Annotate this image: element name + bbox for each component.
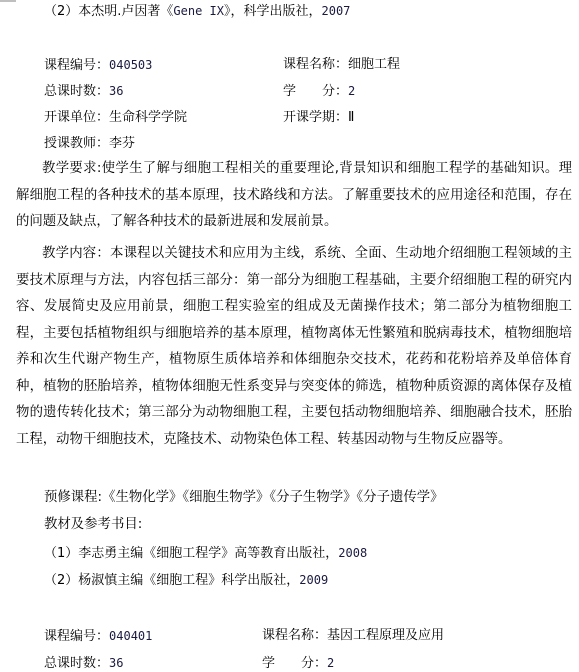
total-hours-value: 36 [109,656,123,670]
course-code-label: 课程编号： [44,629,109,644]
reference-item: （2）本杰明.卢因著《Gene IX》，科学出版社，2007 [44,3,350,20]
course-code-value: 040503 [109,58,152,72]
total-hours-field: 总课时数：36 [44,655,123,672]
course-code-label: 课程编号： [44,58,109,73]
reference-year: 2007 [322,4,351,18]
reference-year: 2008 [338,546,367,560]
reference-year: 2009 [299,573,328,587]
department-field: 开课单位：生命科学学院 [44,110,187,126]
credit-value: 2 [348,84,355,98]
credit-value: 2 [327,656,334,670]
teacher-field: 授课教师：李芬 [44,136,135,152]
course-name-label: 课程名称： [283,57,348,72]
teacher-value: 李芬 [109,136,135,151]
credit-label: 学 分： [283,84,348,99]
teacher-label: 授课教师： [44,136,109,151]
page-divider [0,0,16,2]
total-hours-value: 36 [109,84,123,98]
reference-text: （2）杨淑慎主编《细胞工程》科学出版社， [44,573,299,588]
reference-text: （2）本杰明.卢因著《 [44,4,173,19]
prerequisites: 预修课程:《生物化学》《细胞生物学》《分子生物学》《分子遗传学》 [44,490,444,506]
course-code-value: 040401 [109,629,152,643]
references-heading: 教材及参考书目: [44,517,142,533]
credit-field: 学 分：2 [283,83,355,100]
reference-title-latin: Gene IX [173,4,224,18]
total-hours-label: 总课时数： [44,84,109,99]
teaching-requirements: 教学要求:使学生了解与细胞工程相关的重要理论,背景知识和细胞工程学的基础知识。理… [16,156,572,236]
department-value: 生命科学学院 [109,110,187,125]
term-value: Ⅱ [348,110,354,125]
course-name-label: 课程名称： [262,628,327,643]
term-label: 开课学期： [283,110,348,125]
total-hours-field: 总课时数：36 [44,83,123,100]
total-hours-label: 总课时数： [44,656,109,671]
reference-publisher: 》，科学出版社， [224,4,322,19]
teaching-content: 教学内容：本课程以关键技术和应用为主线，系统、全面、生动地介绍细胞工程领域的主要… [16,241,572,453]
course-name-value: 基因工程原理及应用 [327,628,444,643]
course-name-field: 课程名称：基因工程原理及应用 [262,628,444,644]
reference-text: （1）李志勇主编《细胞工程学》高等教育出版社， [44,546,338,561]
reference-item: （2）杨淑慎主编《细胞工程》科学出版社，2009 [44,572,328,589]
course-code-field: 课程编号：040401 [44,628,152,645]
department-label: 开课单位： [44,110,109,125]
credit-field: 学 分：2 [262,655,334,672]
course-name-value: 细胞工程 [348,57,400,72]
reference-item: （1）李志勇主编《细胞工程学》高等教育出版社，2008 [44,545,367,562]
course-code-field: 课程编号：040503 [44,57,152,74]
credit-label: 学 分： [262,656,327,671]
course-name-field: 课程名称：细胞工程 [283,57,400,73]
term-field: 开课学期：Ⅱ [283,110,354,126]
